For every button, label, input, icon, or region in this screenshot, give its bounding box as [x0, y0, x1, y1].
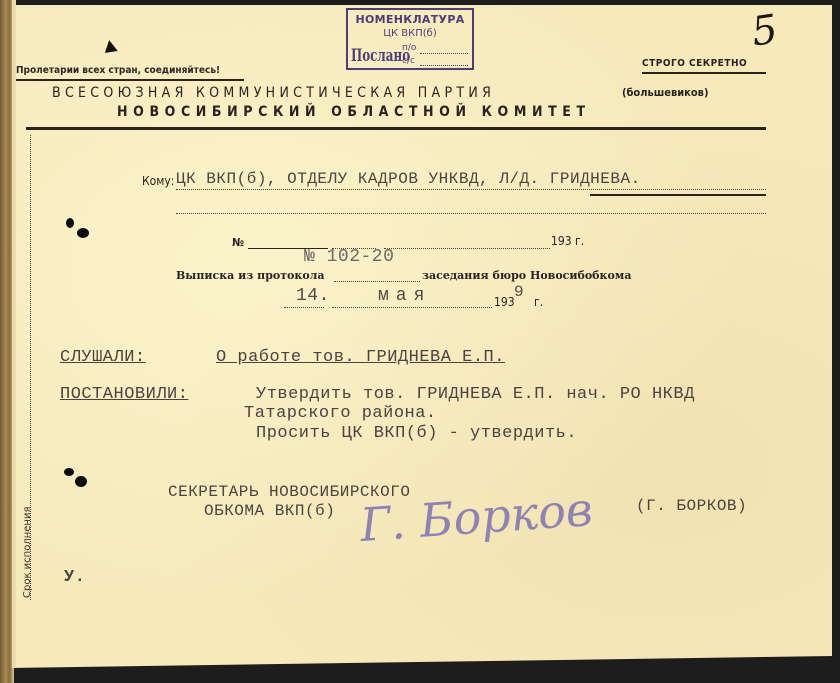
protocol-number: № 102-20: [304, 247, 394, 267]
addressee-value: ЦК ВКП(б), ОТДЕЛУ КАДРОВ УНКВД, Л/Д. ГРИ…: [176, 170, 641, 188]
addressee-line-2: [176, 213, 766, 214]
party-name: ВСЕСОЮЗНАЯ КОММУНИСТИЧЕСКАЯ ПАРТИЯ: [52, 85, 495, 101]
resolved-line-2: Татарского района.: [244, 404, 437, 423]
scanned-document: НОМЕНКЛАТУРА ЦК ВКП(б) Послано п/о с/с П…: [0, 0, 840, 683]
year-template: 193 г.: [551, 234, 584, 248]
binding-margin: [12, 0, 16, 668]
slogan: Пролетарии всех стран, соединяйтесь!: [16, 65, 220, 76]
addressee-line: [176, 189, 766, 190]
extract-label: Выписка из протокола: [176, 269, 325, 282]
signatory-name: (Г. БОРКОВ): [636, 497, 747, 515]
meeting-year-suffix: 9: [514, 283, 524, 301]
resolved-line-1: Утвердить тов. ГРИДНЕВА Е.П. нач. РО НКВ…: [256, 385, 695, 404]
stamp-line-1: НОМЕНКЛАТУРА: [348, 13, 472, 26]
stamp-ss-label: с/с: [402, 56, 415, 66]
number-label: №: [232, 236, 244, 249]
classification-underline: [642, 72, 766, 74]
meeting-year-prefix: 193: [494, 295, 515, 309]
classification-label: СТРОГО СЕКРЕТНО: [642, 58, 747, 69]
triangle-mark-icon: [103, 39, 118, 53]
heard-label: СЛУШАЛИ:: [60, 348, 146, 367]
committee-name: НОВОСИБИРСКИЙ ОБЛАСТНОЙ КОМИТЕТ: [117, 104, 591, 120]
meeting-day: 14.: [296, 286, 330, 306]
meeting-month: мая: [378, 286, 431, 306]
month-line: [384, 248, 550, 249]
deadline-label: Срок исполнения: [22, 507, 33, 598]
addressee-underline: [590, 194, 766, 196]
party-suffix: (большевиков): [622, 86, 708, 99]
ink-blot: [64, 468, 74, 476]
addressee-label: Кому:: [142, 174, 174, 188]
meeting-month-line: [332, 307, 492, 308]
heard-text: О работе тов. ГРИДНЕВА Е.П.: [216, 348, 505, 367]
resolved-line-3: Просить ЦК ВКП(б) - утвердить.: [256, 424, 577, 443]
slogan-underline: [16, 79, 244, 81]
stamp-po-label: п/о: [402, 43, 416, 53]
meeting-label: заседания бюро Новосибобкома: [422, 269, 631, 282]
ink-blot: [77, 228, 89, 238]
protocol-line: [334, 281, 420, 282]
nomenclature-stamp: НОМЕНКЛАТУРА ЦК ВКП(б) Послано п/о с/с: [346, 8, 474, 70]
stamp-line-2: ЦК ВКП(б): [348, 28, 472, 39]
ink-blot: [66, 218, 74, 228]
meeting-year-unit: г.: [534, 295, 543, 309]
scan-top-border: [14, 0, 832, 5]
margin-initial: У.: [64, 568, 85, 587]
resolved-label: ПОСТАНОВИЛИ:: [60, 385, 188, 404]
stamp-po-line: [420, 53, 468, 54]
meeting-day-line: [284, 307, 324, 308]
ink-blot: [75, 476, 87, 487]
stamp-ss-line: [420, 65, 468, 66]
signature-title-2: ОБКОМА ВКП(б): [204, 502, 335, 520]
header-rule: [26, 127, 766, 130]
